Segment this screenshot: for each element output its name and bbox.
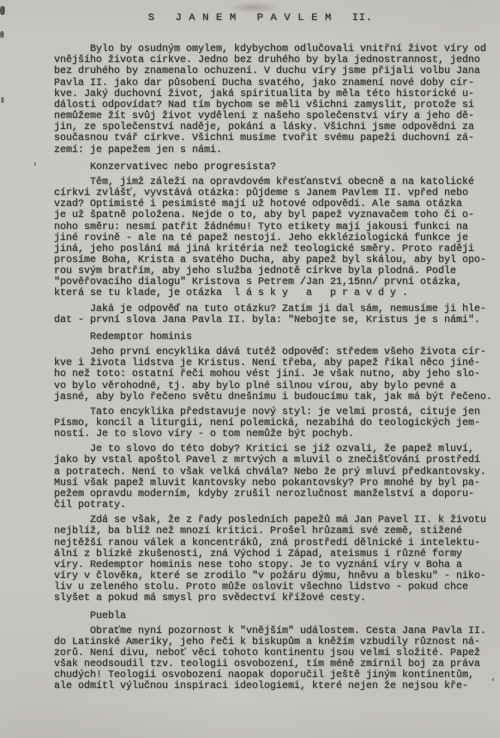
document-title: S J A N E M P A V L E M II. <box>148 13 500 24</box>
paragraph: Bylo by osudným omylem, kdybychom odlučo… <box>54 44 500 156</box>
paragraph: Obraťme nyní pozornost k "vnějším" událo… <box>54 626 500 693</box>
paragraph: Těm, jimž záleží na opravdovém křesťanst… <box>54 177 500 300</box>
section-heading: Redemptor hominis <box>90 332 500 343</box>
page: S J A N E M P A V L E M II. Bylo by osud… <box>0 0 500 738</box>
section-heading: Konzervativec nebo progresista? <box>90 162 500 173</box>
section-heading: Puebla <box>90 611 500 622</box>
document-body: Bylo by osudným omylem, kdybychom odlučo… <box>54 44 500 692</box>
scanned-typewritten-page: { "colors": { "paper": "#c8c6c2", "ink":… <box>0 0 500 738</box>
paragraph: Jaká je odpověď na tuto otázku? Zatím ji… <box>54 304 500 326</box>
paragraph: Zdá se však, že z řady posledních papežů… <box>54 515 500 604</box>
paragraph: Je to slovo do této doby? Kritici se již… <box>54 444 500 511</box>
paragraph: Tato encyklika představuje nový styl: je… <box>54 407 500 440</box>
paragraph: Jeho první encyklika dává tutéž odpověď:… <box>54 347 500 403</box>
